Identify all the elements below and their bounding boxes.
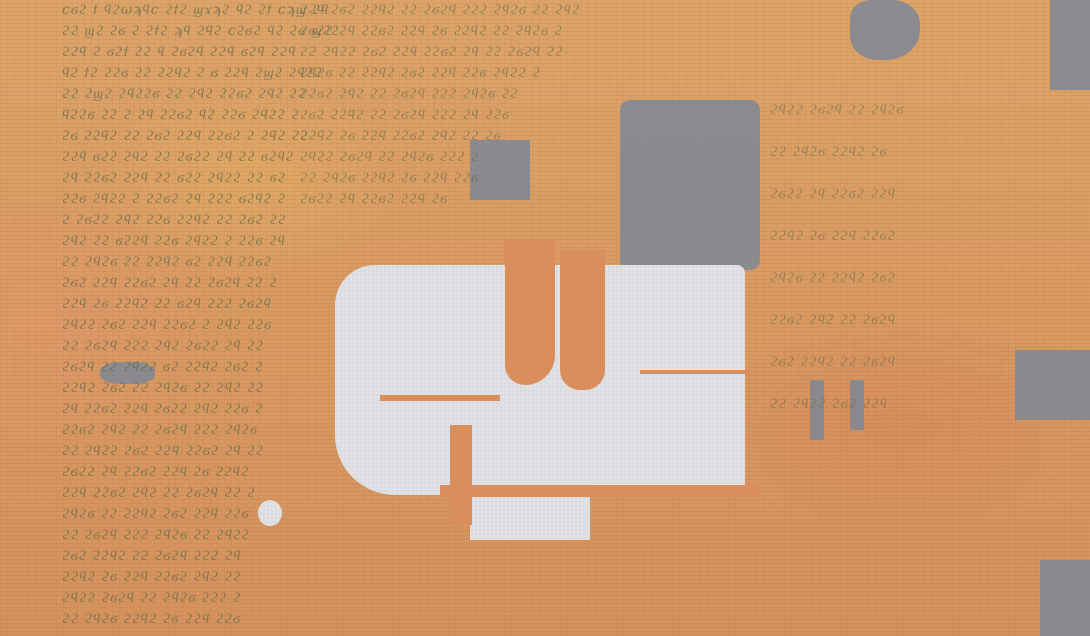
top-center-text: ϩϩϥ ϩϭϩ ϩϩϥϩ ϩϩ ϩϭϩϥ ϩϩϩ ϩϥϩϭ ϩϩ ϩϥϩ ϩϭϩ… [300, 0, 840, 230]
hanging-fiber [560, 250, 605, 390]
papyrus-photograph: ϲϭϩ ϯ ϥϩωϡϥϲ ϩϯϩ ϣϫϡϩ ϥϩ ϩϯ ϲϡϣ ϩϥ ϩϩ ϣϩ… [0, 0, 1090, 636]
hole [850, 0, 920, 60]
loose-fiber [640, 370, 750, 374]
right-text-column: ϩϥϩϩ ϩϭϩϥ ϩϩ ϩϥϩϭ ϩϩ ϩϥϩϭ ϩϩϥϩ ϩϭ ϩϭϩϩ ϩ… [770, 100, 1090, 620]
hole [1050, 0, 1090, 90]
